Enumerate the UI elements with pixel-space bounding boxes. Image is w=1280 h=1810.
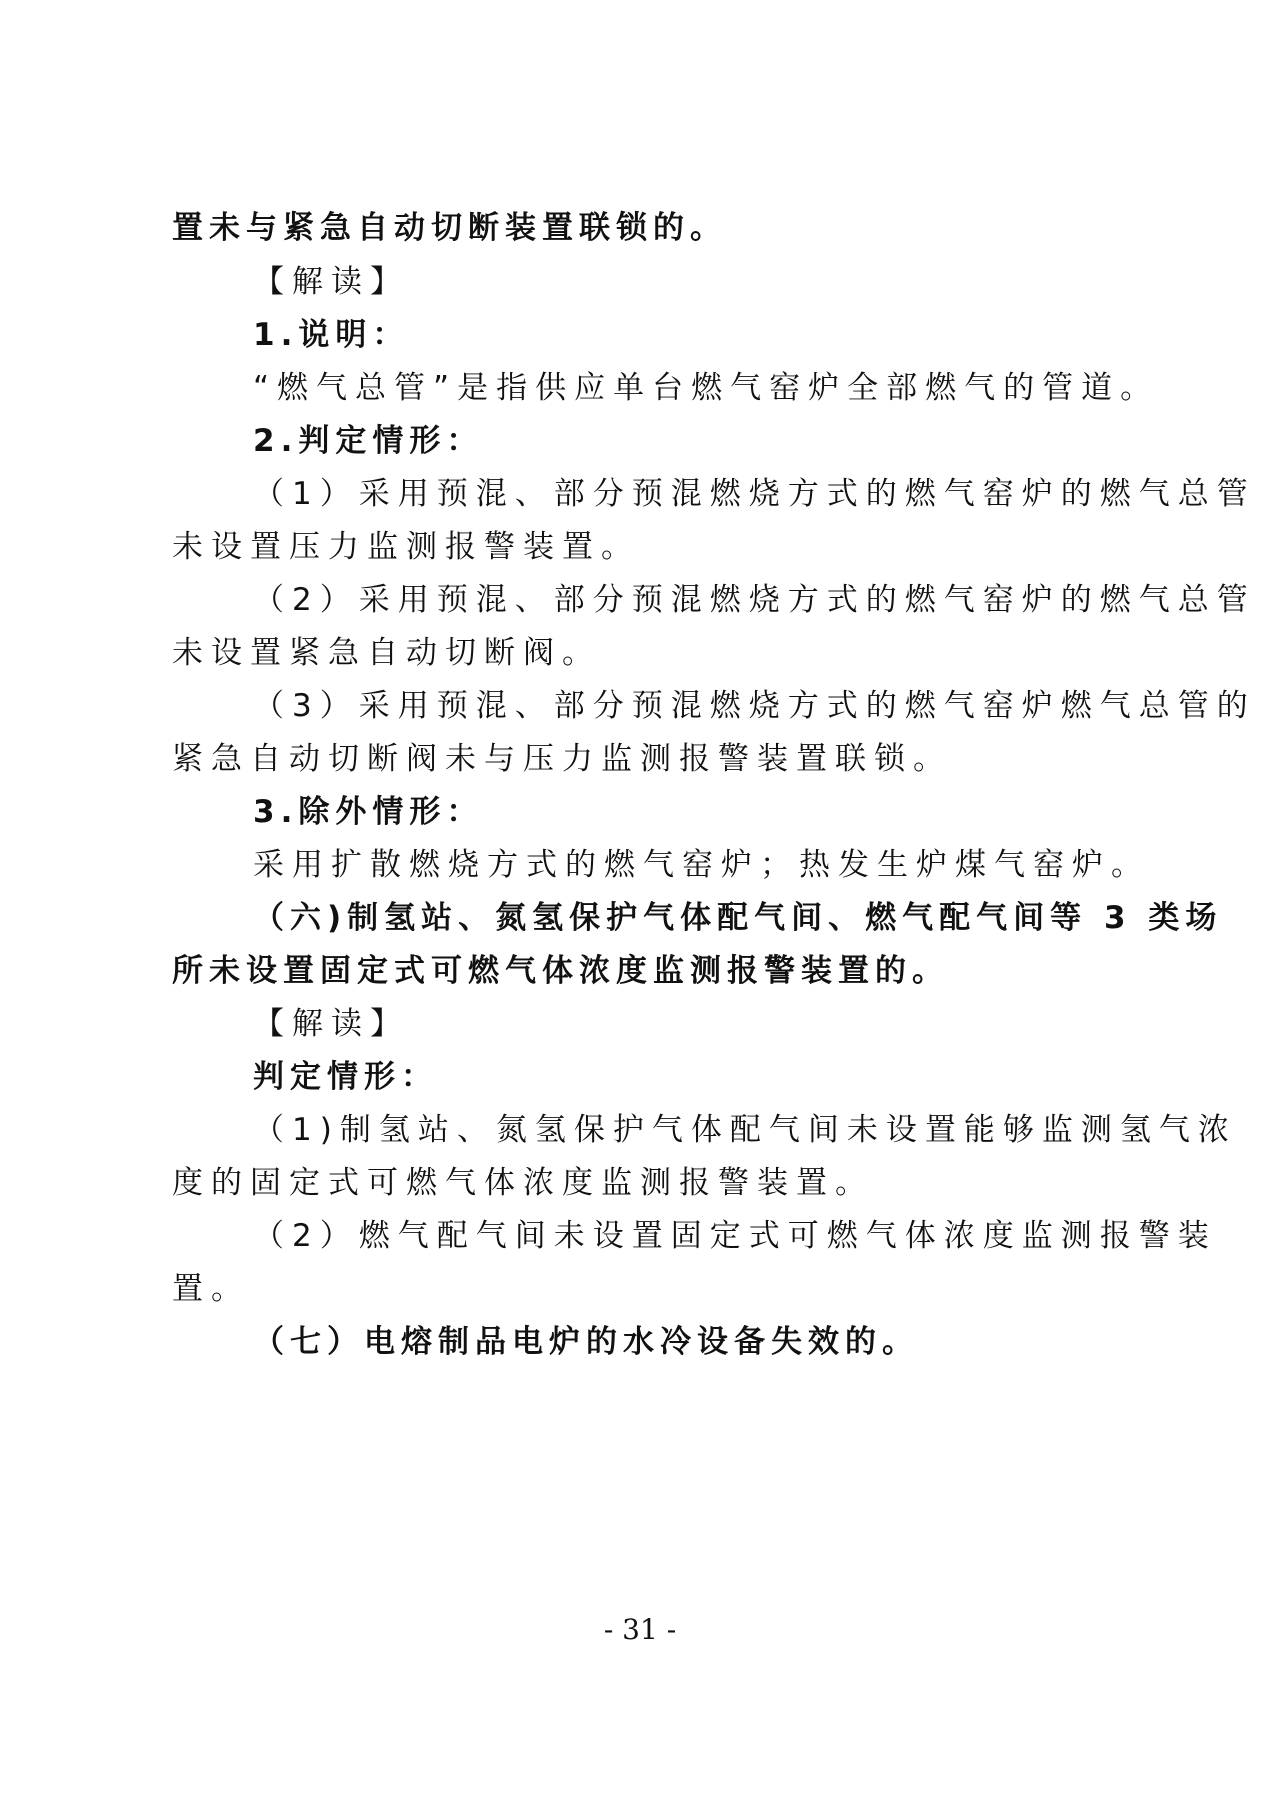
clause-7-heading: （七）电熔制品电炉的水冷设备失效的。: [253, 1322, 1203, 1362]
section-heading-explanation: 1.说明：: [253, 315, 1203, 355]
criteria-item-1-line-1: （1）采用预混、部分预混燃烧方式的燃气窑炉的燃气总管: [253, 474, 1203, 514]
criteria-2-item-1-line-2: 度的固定式可燃气体浓度监测报警装置。: [172, 1163, 1122, 1203]
paragraph-definition: “燃气总管”是指供应单台燃气窑炉全部燃气的管道。: [253, 368, 1203, 408]
page-number: - 31 -: [0, 1612, 1280, 1648]
criteria-2-item-1-line-1: （1)制氢站、氮氢保护气体配气间未设置能够监测氢气浓: [253, 1110, 1203, 1150]
paragraph-exclusions: 采用扩散燃烧方式的燃气窑炉；热发生炉煤气窑炉。: [253, 845, 1203, 885]
criteria-item-2-line-1: （2）采用预混、部分预混燃烧方式的燃气窑炉的燃气总管: [253, 580, 1203, 620]
criteria-2-item-2-line-1: （2）燃气配气间未设置固定式可燃气体浓度监测报警装: [253, 1216, 1203, 1256]
section-heading-exclusions: 3.除外情形：: [253, 792, 1203, 832]
criteria-item-3-line-1: （3）采用预混、部分预混燃烧方式的燃气窑炉燃气总管的: [253, 686, 1203, 726]
text-line-continuation: 置未与紧急自动切断装置联锁的。: [172, 208, 1122, 248]
criteria-2-item-2-line-2: 置。: [172, 1269, 1122, 1309]
interpretation-heading-2: 【解读】: [253, 1004, 1203, 1044]
section-heading-criteria-2: 判定情形：: [253, 1057, 1203, 1097]
section-heading-criteria: 2.判定情形：: [253, 421, 1203, 461]
criteria-item-2-line-2: 未设置紧急自动切断阀。: [172, 633, 1122, 673]
interpretation-heading: 【解读】: [253, 262, 1203, 302]
criteria-item-1-line-2: 未设置压力监测报警装置。: [172, 527, 1122, 567]
clause-6-line-1: （六)制氢站、氮氢保护气体配气间、燃气配气间等 3 类场: [253, 898, 1203, 938]
criteria-item-3-line-2: 紧急自动切断阀未与压力监测报警装置联锁。: [172, 739, 1122, 779]
clause-6-line-2: 所未设置固定式可燃气体浓度监测报警装置的。: [172, 951, 1122, 991]
document-page: 置未与紧急自动切断装置联锁的。 【解读】 1.说明： “燃气总管”是指供应单台燃…: [0, 0, 1280, 1810]
